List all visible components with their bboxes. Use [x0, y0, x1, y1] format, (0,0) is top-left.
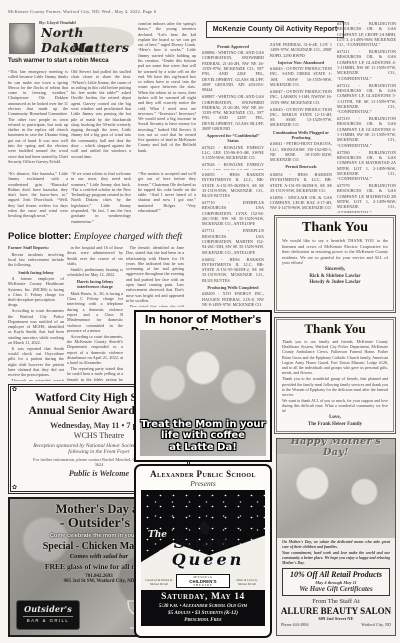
allure-contact-row: Phone 444-2884 Watford City, ND	[277, 621, 395, 627]
thank-you-signoff: Sincerely,	[275, 267, 395, 272]
thank-you-body: We would like to say a heartfelt THANK Y…	[275, 238, 395, 266]
blotter-block: Mark Harris, Jr., 36, is facing a Class …	[67, 291, 123, 333]
thank-you-body-3: We want to thank ALL of you so much, for…	[275, 398, 395, 414]
oil-report-block: Approved for “Confidential” Status	[202, 133, 264, 144]
oil-report-block: #37710 - ENERPLUS RESOURCES USA CORPORAT…	[202, 200, 264, 226]
poster-credit-left: Conceived & Written by Michael McGill	[144, 579, 174, 586]
omdahl-article-column-5: “If we want robins to find welcome in ou…	[71, 171, 131, 223]
omdahl-article-column-2: Old Sievert had pulled his stuffed chair…	[71, 69, 131, 169]
blotter-block: The reporting party stated that he could…	[67, 366, 123, 381]
thank-you-title: Thank You	[275, 321, 395, 337]
thank-you-body-1: Thank you to our family and friends, McK…	[275, 339, 395, 375]
column-masthead: By: Lloyd Omdahl North Dakota Matters	[8, 19, 136, 57]
blotter-column-3: The female, identified as Jane Doe, stat…	[126, 245, 184, 307]
mother-daughter-photo	[277, 454, 395, 538]
blotter-block: Doe stated that when she told Harris she…	[126, 304, 184, 307]
thank-you-signoff: Love,	[275, 415, 395, 420]
outsiders-logo-name: Outsider's	[17, 604, 79, 614]
blotter-block: The female, identified as Jane Doe, stat…	[126, 245, 184, 303]
oil-report-block: #37212 - BURLINGTON RESOURCES OIL & GAS …	[337, 83, 396, 115]
snow-queen-ad: Alexander Public School Presents The Sno…	[134, 464, 272, 638]
blotter-block: According to court documents, the McKenz…	[67, 334, 123, 366]
blotter-block: Harris facing felony interference charge	[67, 279, 123, 290]
oil-report-block: Combination Wells Plugged or Producing	[270, 130, 332, 141]
column-title-line2: Matters	[72, 40, 129, 55]
omdahl-article-column-6: “The motion is accepted and we'll get ou…	[138, 171, 196, 223]
oil-report-block: #12094 - SINCLAIR OIL & GAS COMPANY, LEC…	[270, 195, 332, 211]
oil-report-block: #37711 - ENERPLUS RESOURCES USA CORPORAT…	[202, 228, 264, 254]
latte-da-message-line1: Treat the Mom in your	[136, 419, 270, 431]
outsiders-logo-subtitle: BAR & GRILL	[23, 616, 73, 623]
allure-offer-headline: 10% Off All Retail Products	[283, 570, 389, 579]
oil-report-column-5: #16054 - HESS BAKKEN INVESTMENTS II, LLC…	[270, 172, 332, 213]
oil-report-block: #16055 - HESS BAKKEN INVESTMENTS II, LLC…	[202, 172, 264, 198]
police-blotter-headline-bold: Police blotter:	[8, 231, 71, 242]
omdahl-article-column-3: comfort indoors after the spring's thaws…	[138, 21, 196, 169]
oil-report-block: #28209 - XTO ENERGY INC., HAUGEN FEDERAL…	[202, 291, 264, 306]
omdahl-article-column-4: “It's abusive, like bazooka,” Little Jim…	[8, 171, 68, 223]
oil-report-block: #37211 - BURLINGTON RESOURCES OIL & GAS …	[337, 49, 396, 81]
allure-city: Watford City, ND	[361, 622, 391, 627]
latte-da-ad: In honor of Mother's Day, Treat the Mom …	[134, 310, 272, 462]
oil-report-title: McKenzie County Oil Activity Report	[213, 26, 338, 33]
oil-report-block: Injector Now Abandoned	[270, 60, 332, 65]
oil-report-block: #38886 - WHITING OIL AND GAS CORPORATION…	[202, 50, 264, 92]
oil-report-block: #37219 - BURLINGTON RESOURCES OIL & GAS …	[337, 116, 396, 148]
snow-queen-info-3: Preschool Free	[141, 617, 265, 623]
snow-queen-date: Saturday, May 14	[141, 592, 265, 602]
oil-report-block: Producing Wells Completed	[202, 285, 264, 290]
snow-queen-ad-school: Alexander Public School	[136, 469, 270, 479]
oil-report-block: #16047 - OVINTIV PRODUCTION INC., LARSEN…	[270, 89, 332, 105]
oil-report-block: ZANE FEDERAL 31-6-4E, LOT 1 149N-97W, MC…	[270, 42, 332, 58]
omdahl-article-headline: Tush warmer to start a robin Mecca	[8, 58, 138, 64]
oil-report-block: #16045 - OVINTIV PRODUCTION INC., MARUS …	[270, 107, 332, 128]
oil-report-block: #37625 - BOWLINE ENERGY LLC, LEE 155-96-…	[202, 145, 264, 161]
snow-queen-showtime-strip: Saturday, May 14 5:30 p.m. • Alexander S…	[141, 590, 265, 626]
oil-report-block: Permit Approved	[202, 44, 264, 49]
oil-report-block: #37701 - BURLINGTON RESOURCES OIL & GAS …	[337, 21, 396, 47]
blotter-block: A former employee of McKenzie County Hea…	[8, 276, 64, 308]
oil-report-block: #37580 - BURLINGTON RESOURCES OIL & GAS …	[337, 150, 396, 182]
snow-queen-poster: The Snow Queen Conceived & Written by Mi…	[141, 490, 265, 590]
police-blotter-headline-italic: Employee charged with theft	[71, 232, 182, 242]
page-folio-line: McKenzie County Farmer, Watford City, ND…	[8, 9, 156, 14]
thank-you-signature-2: Howdy & Judee Lawlar	[275, 280, 395, 285]
allure-offer-gift: We Have Gift Certificates	[283, 585, 389, 593]
oil-report-block: #16032 - HESS BAKKEN INVESTMENTS II, LLC…	[202, 257, 264, 283]
oil-report-column-2: ZANE FEDERAL 31-6-4E, LOT 1 149N-97W, MC…	[270, 42, 332, 170]
missoula-childrens-theatre-logo: MISSOULA CHILDREN'S THEATRE	[176, 574, 230, 588]
poster-credit-right: Music & Lyrics by Michael McGill	[232, 579, 262, 586]
omdahl-article-column-1: “This late emergency meeting is called b…	[8, 69, 68, 169]
oil-report-column-4: #16055 - HESS BAKKEN INVESTMENTS II, LLC…	[202, 172, 264, 306]
thank-you-signature-1: Rick & Shirlene Lawlar	[275, 274, 395, 279]
oil-report-block: #37626 - BOWLINE ENERGY LLC, LEE 155-96-…	[202, 162, 264, 170]
allure-ad-caption-2: Your commitment, hard work and love make…	[277, 550, 395, 567]
thank-you-title: Thank You	[275, 220, 395, 236]
blotter-block: Recent incidents involving local law enf…	[8, 252, 64, 268]
latte-da-message-line3: at Latte Da!	[136, 442, 270, 454]
newspaper-page: McKenzie County Farmer, Watford City, ND…	[0, 0, 400, 643]
allure-ad-banner: Happy Mother's Day!	[277, 439, 395, 454]
blotter-block: Through an extended search warrant law e…	[8, 378, 64, 381]
allure-offer-box: 10% Off All Retail Products May 4 throug…	[282, 568, 390, 596]
mct-line3: THEATRE	[177, 584, 229, 587]
allure-salon-ad: Happy Mother's Day! On Mother's Day, we …	[276, 438, 396, 636]
blotter-block: in the hospital and 16 of those doses we…	[67, 245, 123, 266]
flower-ornament-icon: ✿	[12, 485, 17, 491]
oil-report-block: Permit Renewals	[270, 164, 332, 169]
thank-you-heiser-notice: Thank You Thank you to our family and fr…	[274, 317, 396, 434]
latte-da-message-line2: life with coffee	[136, 430, 270, 442]
outsiders-logo: Outsider's BAR & GRILL	[16, 600, 80, 630]
oil-report-block: #38887 - WHITING OIL AND GAS CORPORATION…	[202, 94, 264, 131]
snow-queen-ad-presents: Presents	[136, 479, 270, 488]
allure-ad-caption-1: On Mother's Day, we salute the dedicated…	[277, 538, 395, 550]
thank-you-body-2: Thank you to the wonderful group of frie…	[275, 376, 395, 397]
blotter-block: It was reported that Smith would check o…	[8, 346, 64, 378]
police-blotter-headline: Police blotter: Employee charged with th…	[8, 226, 208, 244]
oil-report-column-3: #37701 - BURLINGTON RESOURCES OIL & GAS …	[337, 21, 396, 213]
oil-report-block: #16043 - OVINTIV PRODUCTION INC., SAND C…	[270, 66, 332, 87]
flower-ornament-icon: ✿	[12, 387, 17, 393]
allure-offer-dates: May 4 through May 11	[283, 580, 389, 585]
oil-report-block: #16054 - HESS BAKKEN INVESTMENTS II, LLC…	[270, 172, 332, 193]
allure-salon-name: ALLURE BEAUTY SALON	[277, 606, 395, 616]
blotter-block: Smith facing felony	[8, 270, 64, 275]
thank-you-signature: The Frank Heiser Family	[275, 422, 395, 427]
blotter-block: Smith's preliminary hearing is scheduled…	[67, 267, 123, 278]
author-photo	[9, 23, 35, 54]
snow-queen-info-2: $5 Adults • $3 Students (K-12)	[141, 610, 265, 616]
blotter-block: Farmer Staff Reports:	[8, 245, 64, 250]
oil-report-title-box: McKenzie County Oil Activity Report	[206, 21, 344, 38]
allure-phone: Phone 444-2884	[281, 622, 309, 627]
poster-title-queen: Queen	[151, 550, 265, 569]
blotter-column-2: in the hospital and 16 of those doses we…	[67, 245, 123, 381]
thank-you-lawlar-notice: Thank You We would like to say a heartfe…	[274, 215, 396, 313]
blotter-column-1: Farmer Staff Reports:Recent incidents in…	[8, 245, 64, 381]
oil-report-column-1: Permit Approved#38886 - WHITING OIL AND …	[202, 42, 264, 170]
blotter-block: According to court documents the Watford…	[8, 308, 64, 345]
snow-queen-info-1: 5:30 p.m. • Alexander School Old Gym	[141, 603, 265, 609]
latte-da-ad-message: Treat the Mom in your life with coffee a…	[136, 419, 270, 454]
oil-report-block: #16041 - PETRO-HUNT DAKOTA, LLC, MONGOOS…	[270, 141, 332, 162]
oil-report-block: #37579 - BURLINGTON RESOURCES OIL & GAS …	[337, 183, 396, 213]
allure-ad-from: From The Staff At	[277, 598, 395, 605]
